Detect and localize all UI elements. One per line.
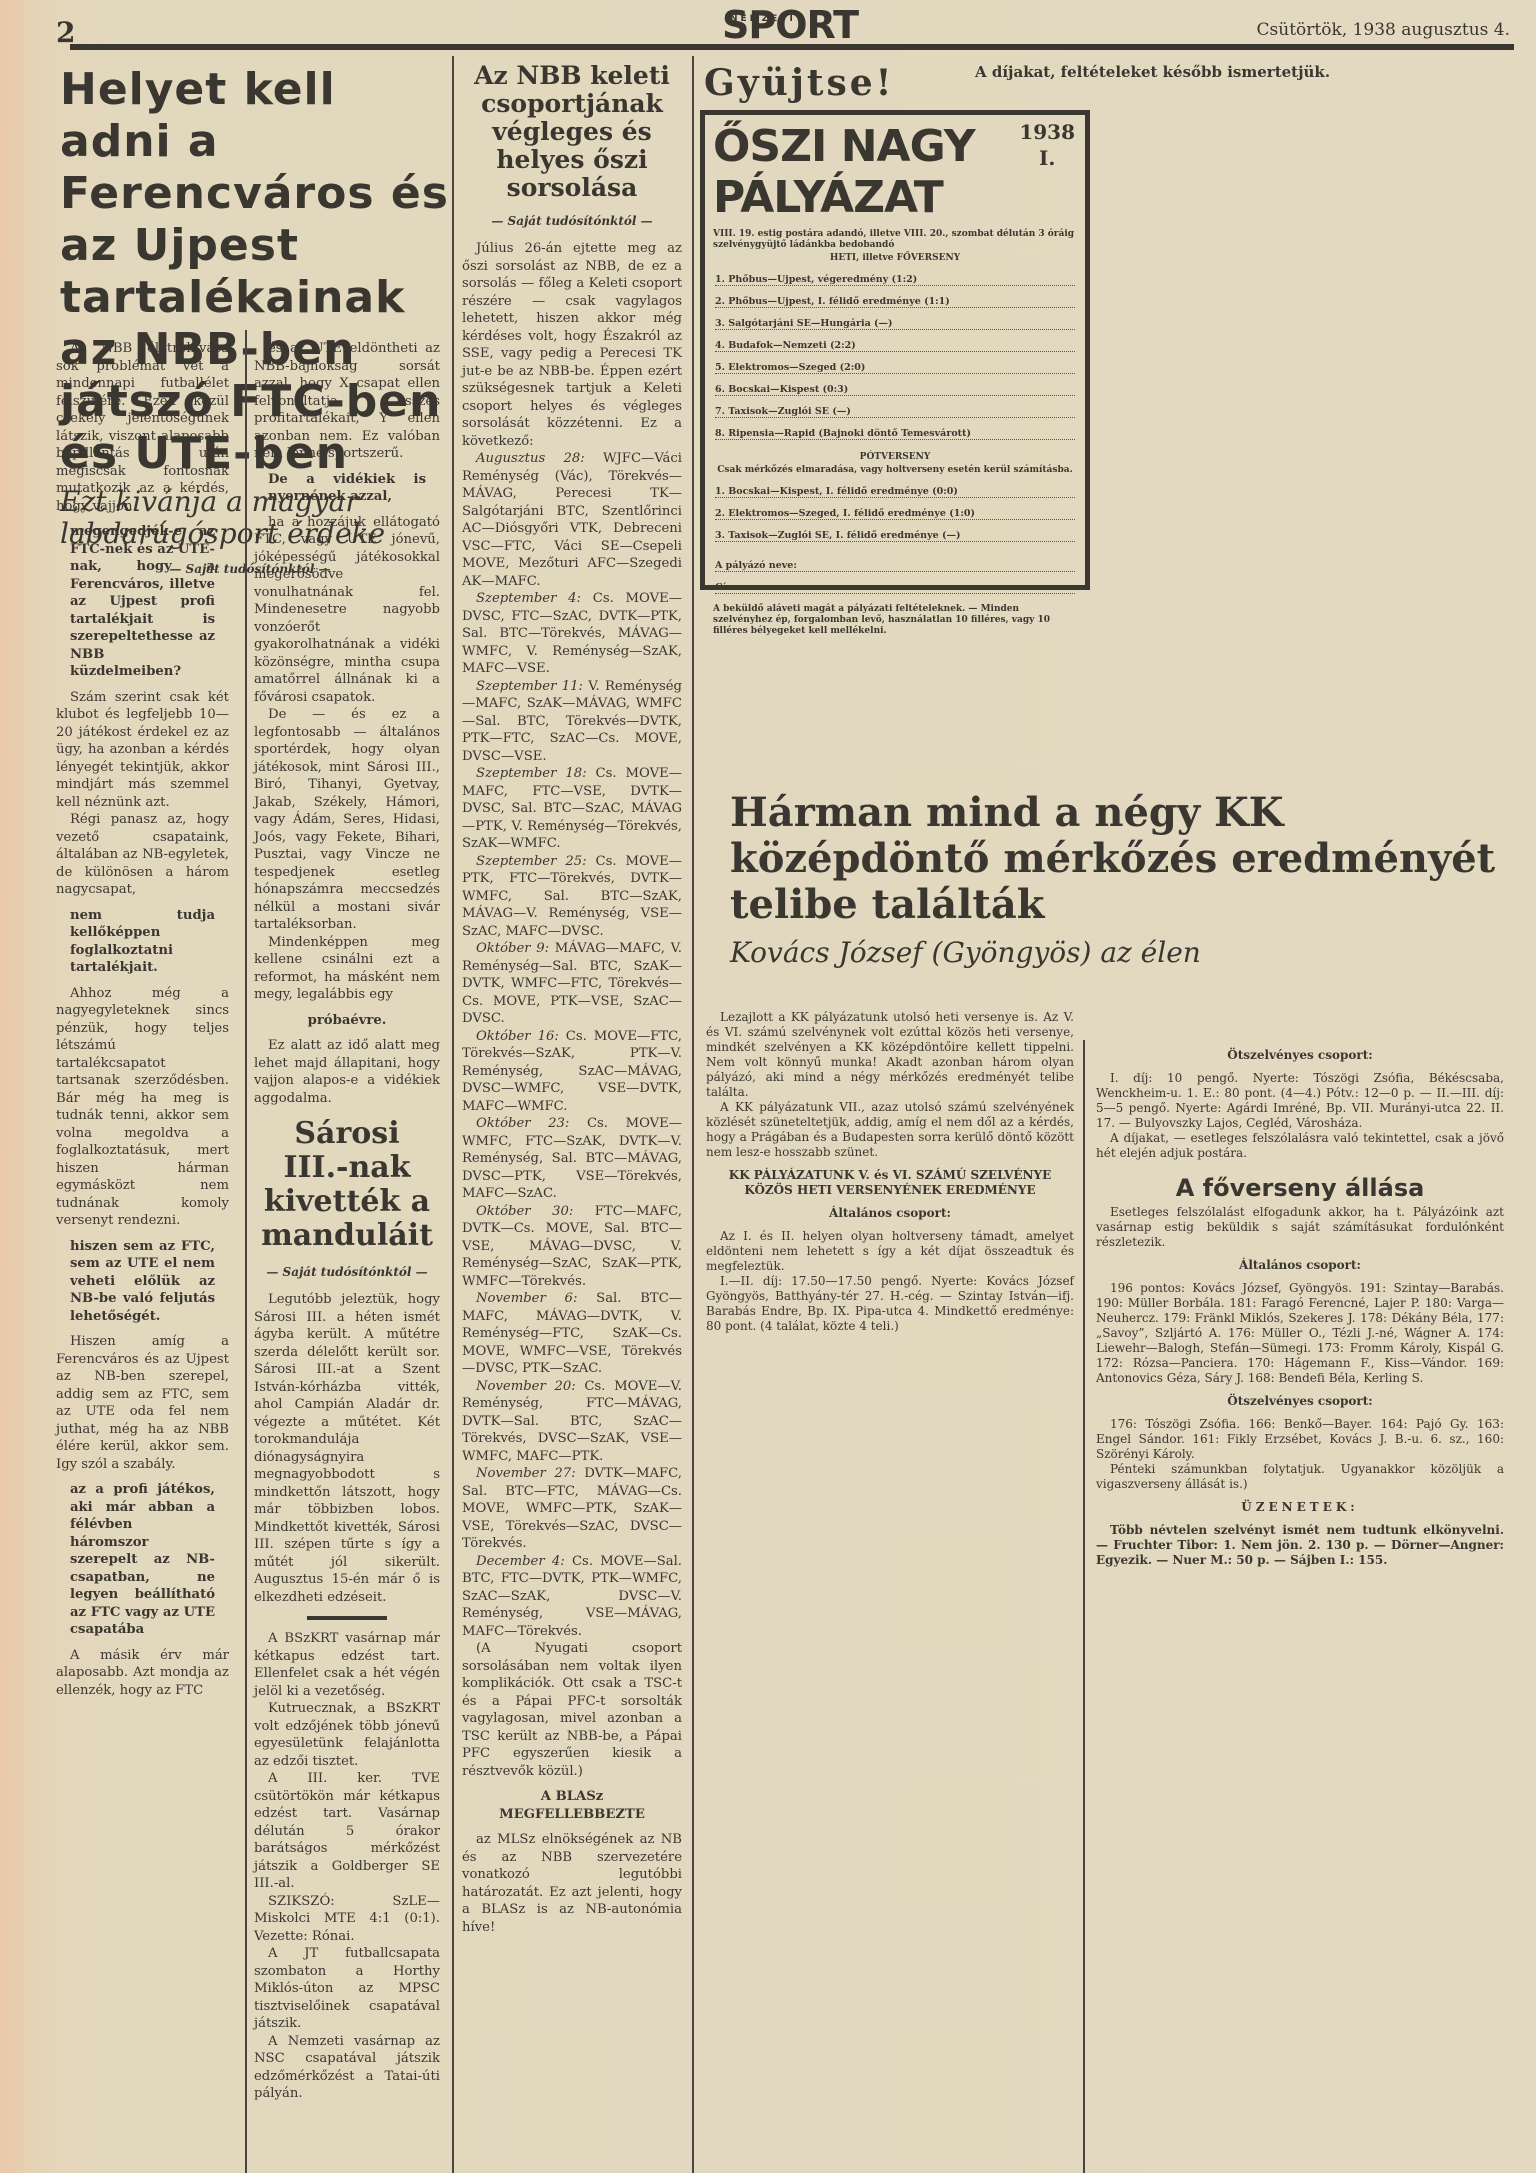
name-field[interactable]: A pályázó neve: — [715, 560, 1075, 572]
column-divider — [452, 56, 454, 2173]
contest-coupon: ŐSZI NAGY PÁLYÁZAT 1938I. VIII. 19. esti… — [700, 110, 1090, 590]
coupon-pot-row[interactable]: 2. Elektromos—Szeged, I. félidő eredmény… — [715, 508, 1075, 520]
coupon-match-row[interactable]: 6. Bocskai—Kispest (0:3) — [715, 384, 1075, 396]
coupon-match-row[interactable]: 7. Taxisok—Zuglói SE (—) — [715, 406, 1075, 418]
column-divider — [1083, 1040, 1085, 2173]
nbb-headline: Az NBB keleti csoportjának végleges és h… — [460, 62, 684, 202]
kk-headline: Hárman mind a négy KK középdöntő mérkőzé… — [730, 790, 1520, 928]
collect-note: A díjakat, feltételeket később ismertetj… — [975, 64, 1330, 80]
address-field[interactable]: Címe: — [715, 582, 1075, 594]
logo: NEMZETISPORT — [722, 6, 858, 44]
dateline: Csütörtök, 1938 augusztus 4. — [1257, 20, 1510, 40]
schedule-round: Október 30: FTC—MAFC, DVTK—Cs. MOVE, Sal… — [462, 1203, 682, 1291]
coupon-match-row[interactable]: 1. Phőbus—Ujpest, végeredmény (1:2) — [715, 274, 1075, 286]
column-divider — [245, 330, 247, 2173]
column-divider — [692, 56, 694, 2173]
coupon-match-row[interactable]: 3. Salgótarjáni SE—Hungária (—) — [715, 318, 1075, 330]
schedule-round: November 27: DVTK—MAFC, Sal. BTC—FTC, MÁ… — [462, 1465, 682, 1553]
schedule-round: Szeptember 18: Cs. MOVE—MAFC, FTC—VSE, D… — [462, 765, 682, 853]
schedule-round: November 6: Sal. BTC—MAFC, MÁVAG—DVTK, V… — [462, 1290, 682, 1378]
coupon-match-row[interactable]: 5. Elektromos—Szeged (2:0) — [715, 362, 1075, 374]
schedule-round: Október 16: Cs. MOVE—FTC, Törekvés—SzAK,… — [462, 1028, 682, 1116]
coupon-match-row[interactable]: 8. Ripensia—Rapid (Bajnoki döntő Temesvá… — [715, 428, 1075, 440]
masthead: 2 NEMZETISPORT Csütörtök, 1938 augusztus… — [50, 14, 1530, 48]
kk-col1: Lezajlott a KK pályázatunk utolsó heti v… — [700, 1010, 1080, 2173]
schedule-round: Október 9: MÁVAG—MAFC, V. Reménység—Sal.… — [462, 940, 682, 1028]
schedule-round: Szeptember 25: Cs. MOVE—PTK, FTC—Törekvé… — [462, 853, 682, 941]
nbb-article: Az NBB keleti csoportjának végleges és h… — [456, 56, 688, 2173]
schedule-round: Szeptember 11: V. Reménység—MAFC, SzAK—M… — [462, 678, 682, 766]
schedule-round: December 4: Cs. MOVE—Sal. BTC, FTC—DVTK,… — [462, 1553, 682, 1641]
newspaper-page: 2 NEMZETISPORT Csütörtök, 1938 augusztus… — [0, 0, 1536, 2173]
kk-col2: Ötszelvényes csoport: I. díj: 10 pengő. … — [1090, 1040, 1510, 2173]
schedule-round: Október 23: Cs. MOVE—WMFC, FTC—SzAK, DVT… — [462, 1115, 682, 1203]
coupon-pot-row[interactable]: 3. Taxisok—Zuglói SE, I. félidő eredmény… — [715, 530, 1075, 542]
coupon-match-row[interactable]: 4. Budafok—Nemzeti (2:2) — [715, 340, 1075, 352]
schedule-round: Szeptember 4: Cs. MOVE—DVSC, FTC—SzAC, D… — [462, 590, 682, 678]
kk-subhead: Kovács József (Gyöngyös) az élen — [730, 936, 1520, 969]
coupon-pot-row[interactable]: 1. Bocskai—Kispest, I. félidő eredménye … — [715, 486, 1075, 498]
collect-banner: Gyüjtse! — [704, 62, 894, 104]
article-main-col2: és az UTE eldöntheti az NBB-bajnokság so… — [248, 340, 446, 2173]
article-main-col1: Az NBB életrehívása sok problémát vet a … — [50, 340, 235, 2173]
sarosi-headline: Sárosi III.-nak kivették a manduláit — [258, 1117, 436, 1253]
coupon-match-row[interactable]: 2. Phőbus—Ujpest, I. félidő eredménye (1… — [715, 296, 1075, 308]
schedule-round: Augusztus 28: WJFC—Váci Reménység (Vác),… — [462, 450, 682, 590]
masthead-rule — [70, 44, 1514, 50]
schedule-round: November 20: Cs. MOVE—V. Reménység, FTC—… — [462, 1378, 682, 1466]
kk-article: Hárman mind a négy KK középdöntő mérkőzé… — [700, 790, 1520, 969]
